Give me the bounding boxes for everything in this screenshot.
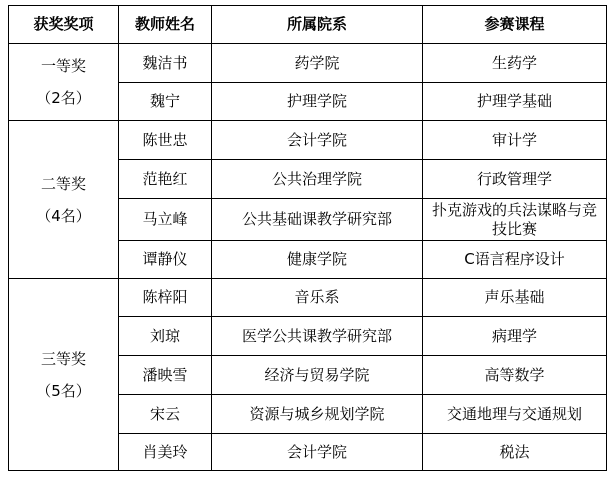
course: 行政管理学 <box>423 160 607 199</box>
teacher-name: 魏宁 <box>119 83 212 121</box>
teacher-name: 陈梓阳 <box>119 279 212 317</box>
award-level-count: （4名） <box>13 206 114 226</box>
course: C语言程序设计 <box>423 241 607 279</box>
table-row: 二等奖 （4名） 陈世忠 会计学院 审计学 <box>9 121 607 160</box>
header-row: 获奖奖项 教师姓名 所属院系 参赛课程 <box>9 6 607 44</box>
header-department: 所属院系 <box>212 6 423 44</box>
department: 会计学院 <box>212 434 423 471</box>
teacher-name: 宋云 <box>119 395 212 434</box>
course: 高等数学 <box>423 356 607 395</box>
teacher-name: 陈世忠 <box>119 121 212 160</box>
teacher-name: 魏洁书 <box>119 44 212 83</box>
course: 税法 <box>423 434 607 471</box>
course: 声乐基础 <box>423 279 607 317</box>
header-award-level: 获奖奖项 <box>9 6 119 44</box>
header-teacher-name: 教师姓名 <box>119 6 212 44</box>
course: 扑克游戏的兵法谋略与竞技比赛 <box>423 199 607 241</box>
teacher-name: 谭静仪 <box>119 241 212 279</box>
award-level-count: （2名） <box>13 88 114 108</box>
department: 药学院 <box>212 44 423 83</box>
teacher-name: 肖美玲 <box>119 434 212 471</box>
award-level-name: 二等奖 <box>13 174 114 194</box>
award-level-cell: 二等奖 （4名） <box>9 121 119 279</box>
department: 医学公共课教学研究部 <box>212 317 423 356</box>
teacher-name: 潘映雪 <box>119 356 212 395</box>
award-level-name: 一等奖 <box>13 56 114 76</box>
course: 护理学基础 <box>423 83 607 121</box>
department: 会计学院 <box>212 121 423 160</box>
header-course: 参赛课程 <box>423 6 607 44</box>
table-row: 一等奖 （2名） 魏洁书 药学院 生药学 <box>9 44 607 83</box>
department: 健康学院 <box>212 241 423 279</box>
award-level-cell: 三等奖 （5名） <box>9 279 119 471</box>
department: 资源与城乡规划学院 <box>212 395 423 434</box>
department: 护理学院 <box>212 83 423 121</box>
award-level-cell: 一等奖 （2名） <box>9 44 119 121</box>
department: 经济与贸易学院 <box>212 356 423 395</box>
awards-table: 获奖奖项 教师姓名 所属院系 参赛课程 一等奖 （2名） 魏洁书 药学院 生药学… <box>8 5 607 471</box>
course: 交通地理与交通规划 <box>423 395 607 434</box>
teacher-name: 范艳红 <box>119 160 212 199</box>
course-text: 扑克游戏的兵法谋略与竞技比赛 <box>427 201 602 239</box>
teacher-name: 马立峰 <box>119 199 212 241</box>
table-row: 三等奖 （5名） 陈梓阳 音乐系 声乐基础 <box>9 279 607 317</box>
course: 病理学 <box>423 317 607 356</box>
course: 生药学 <box>423 44 607 83</box>
course: 审计学 <box>423 121 607 160</box>
teacher-name: 刘琼 <box>119 317 212 356</box>
department: 音乐系 <box>212 279 423 317</box>
award-level-count: （5名） <box>13 381 114 401</box>
department: 公共治理学院 <box>212 160 423 199</box>
department: 公共基础课教学研究部 <box>212 199 423 241</box>
award-level-name: 三等奖 <box>13 349 114 369</box>
